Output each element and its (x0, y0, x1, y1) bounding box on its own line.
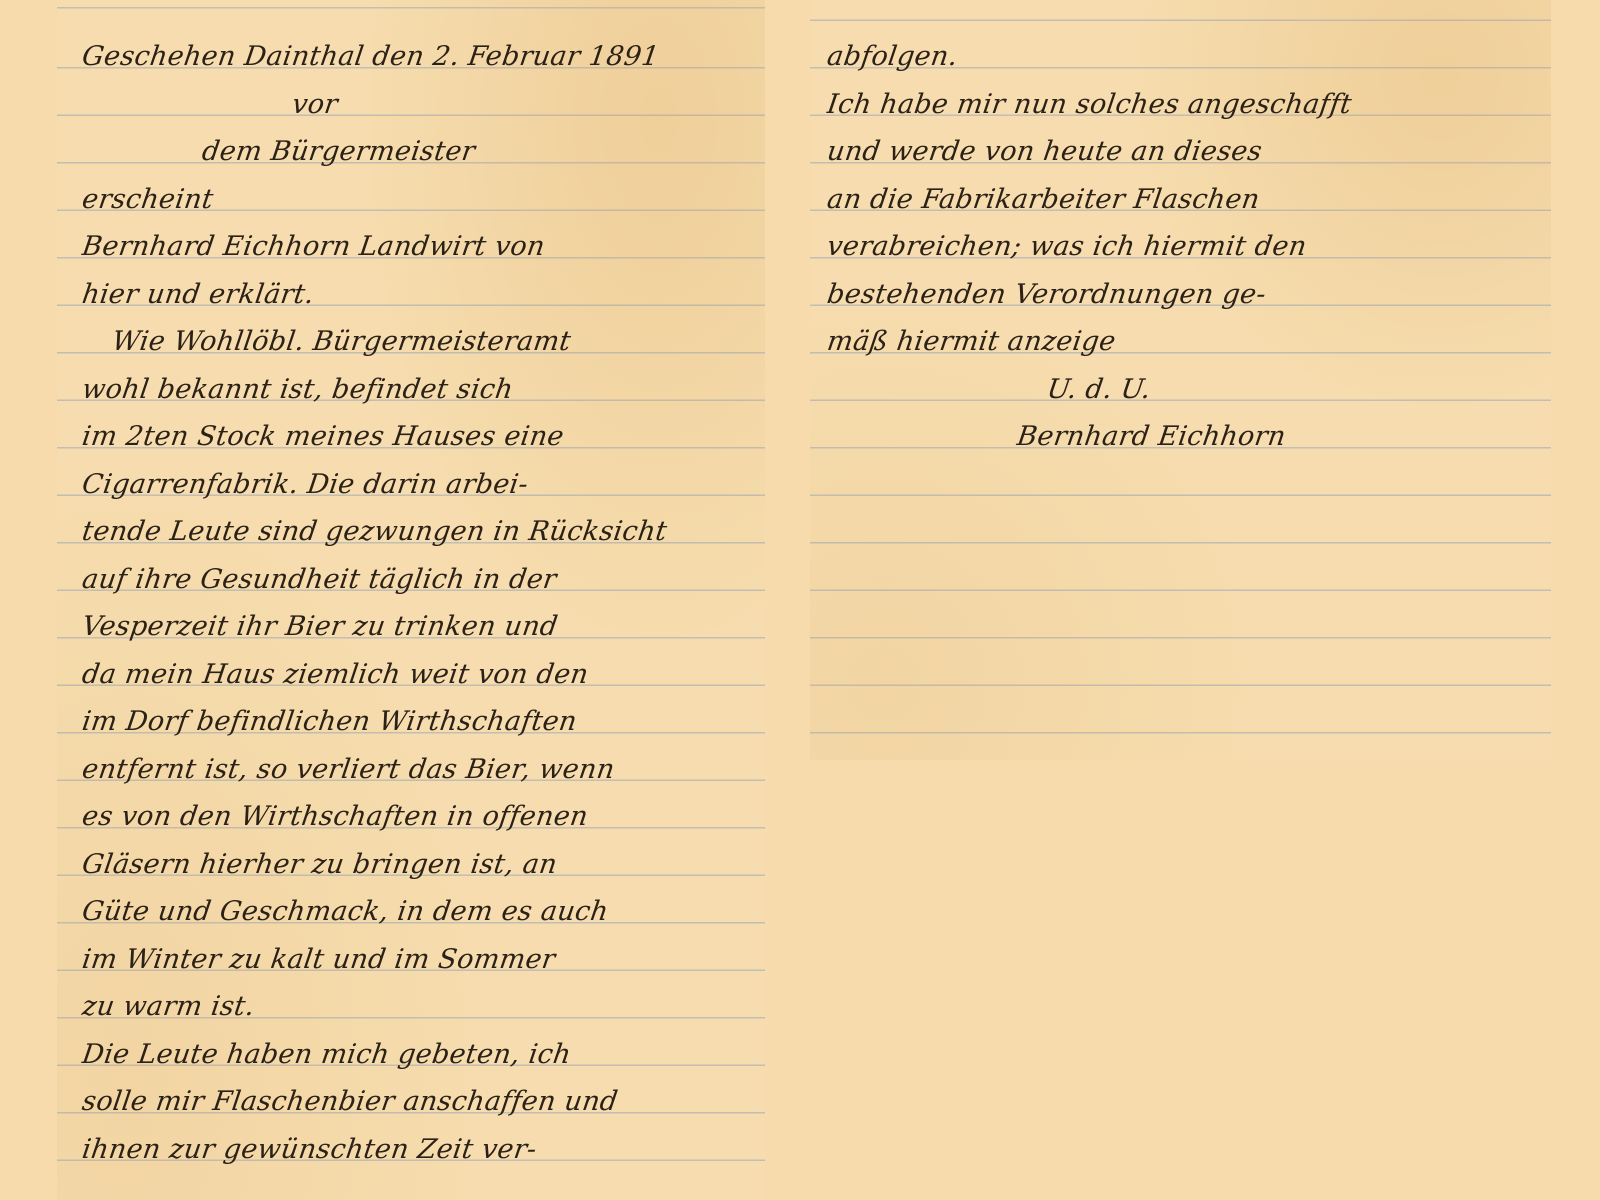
handwritten-text-right: abfolgen. Ich habe mir nun solches anges… (810, 33, 1551, 461)
addressee-line: dem Bürgermeister (79, 128, 762, 176)
text-line: verabreichen; was ich hiermit den (824, 223, 1548, 271)
text-line: Güte und Geschmack, in dem es auch (79, 888, 762, 936)
letter-page-right: abfolgen. Ich habe mir nun solches anges… (810, 0, 1551, 760)
text-line: es von den Wirthschaften in offenen (79, 793, 762, 841)
place-date-line: Geschehen Dainthal den 2. Februar 1891 (79, 33, 762, 81)
text-line: auf ihre Gesundheit täglich in der (79, 556, 762, 604)
letter-page-left: Geschehen Dainthal den 2. Februar 1891 v… (57, 0, 765, 1200)
text-line: Gläsern hierher zu bringen ist, an (79, 841, 762, 889)
vor-line: vor (79, 81, 762, 129)
text-line: abfolgen. (824, 33, 1548, 81)
text-line: mäß hiermit anzeige (824, 318, 1548, 366)
closing-formula: U. d. U. (824, 366, 1548, 414)
text-line: im 2ten Stock meines Hauses eine (79, 413, 762, 461)
text-line: Bernhard Eichhorn Landwirt von (79, 223, 762, 271)
text-line: an die Fabrikarbeiter Flaschen (824, 176, 1548, 224)
text-line: entfernt ist, so verliert das Bier, wenn (79, 746, 762, 794)
text-line: im Dorf befindlichen Wirthschaften (79, 698, 762, 746)
text-line: bestehenden Verordnungen ge- (824, 271, 1548, 319)
text-line: ihnen zur gewünschten Zeit ver- (79, 1126, 762, 1174)
text-line: solle mir Flaschenbier anschaffen und (79, 1078, 762, 1126)
text-line: und werde von heute an dieses (824, 128, 1548, 176)
text-line: im Winter zu kalt und im Sommer (79, 936, 762, 984)
signature: Bernhard Eichhorn (824, 413, 1548, 461)
text-line: erscheint (79, 176, 762, 224)
text-line: Vesperzeit ihr Bier zu trinken und (79, 603, 762, 651)
text-line: da mein Haus ziemlich weit von den (79, 651, 762, 699)
text-line: hier und erklärt. (79, 271, 762, 319)
text-line: Die Leute haben mich gebeten, ich (79, 1031, 762, 1079)
text-line: tende Leute sind gezwungen in Rücksicht (79, 508, 762, 556)
text-line: Ich habe mir nun solches angeschafft (824, 81, 1548, 129)
text-line: zu warm ist. (79, 983, 762, 1031)
text-line: wohl bekannt ist, befindet sich (79, 366, 762, 414)
text-line: Wie Wohllöbl. Bürgermeisteramt (79, 318, 762, 366)
text-line: Cigarrenfabrik. Die darin arbei- (79, 461, 762, 509)
handwritten-text-left: Geschehen Dainthal den 2. Februar 1891 v… (57, 33, 765, 1173)
